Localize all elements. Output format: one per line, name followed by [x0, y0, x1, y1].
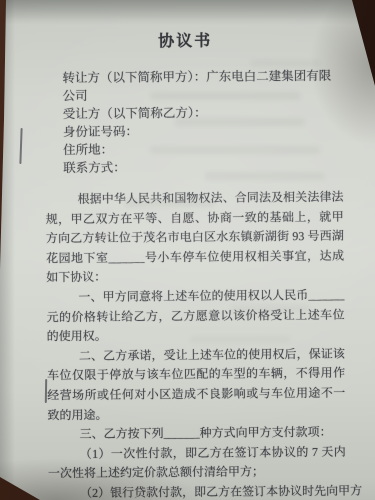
clause-2-usage: 二、乙方承诺，受让上述车位的使用权后，保证该车位仅限于停放与该车位匹配的车型的车…: [47, 344, 346, 425]
party-line-transferor: 转让方（以下简称甲方）：广东电白二建集团有限公司: [62, 67, 342, 105]
party-label: 身份证号码：: [63, 124, 138, 139]
clause-3-option-2: （2）银行贷款付款，即乙方在签订本协议时先向甲方: [48, 482, 346, 500]
clause-3-option-1: （1）一次性付款，即乙方在签订本协议的 7 天内一次性将上述约定价款总额付清给甲…: [48, 442, 346, 484]
party-line-contact: 联系方式：: [63, 157, 343, 177]
party-label: 联系方式：: [63, 161, 126, 176]
party-label: 受让方（以下简称乙方）：: [63, 106, 207, 121]
clauses-block: 根据中华人民共和国物权法、合同法及相关法律法规，甲乙双方在平等、自愿、协商一致的…: [45, 188, 346, 500]
document-content: 协议书 转让方（以下简称甲方）：广东电白二建集团有限公司 受让方（以下简称乙方）…: [44, 0, 346, 500]
photo-of-agreement-document: 协议书 转让方（以下简称甲方）：广东电白二建集团有限公司 受让方（以下简称乙方）…: [0, 0, 375, 500]
paper-sheet: 协议书 转让方（以下简称甲方）：广东电白二建集团有限公司 受让方（以下简称乙方）…: [0, 0, 375, 500]
document-title: 协议书: [36, 27, 334, 53]
clause-preamble: 根据中华人民共和国物权法、合同法及相关法律法规，甲乙双方在平等、自愿、协商一致的…: [45, 188, 344, 289]
clause-1-price: 一、甲方同意将上述车位的使用权以人民币______元的价格转让给乙方，乙方愿意以…: [46, 286, 345, 347]
stray-mark: [19, 128, 22, 164]
party-label: 住所地：: [63, 143, 113, 157]
party-label: 转让方（以下简称甲方）：: [62, 70, 206, 85]
clause-3-payment-method: 三、乙方按下列______种方式向甲方支付款项：: [48, 423, 346, 445]
parties-block: 转让方（以下简称甲方）：广东电白二建集团有限公司 受让方（以下简称乙方）： 身份…: [62, 67, 343, 177]
